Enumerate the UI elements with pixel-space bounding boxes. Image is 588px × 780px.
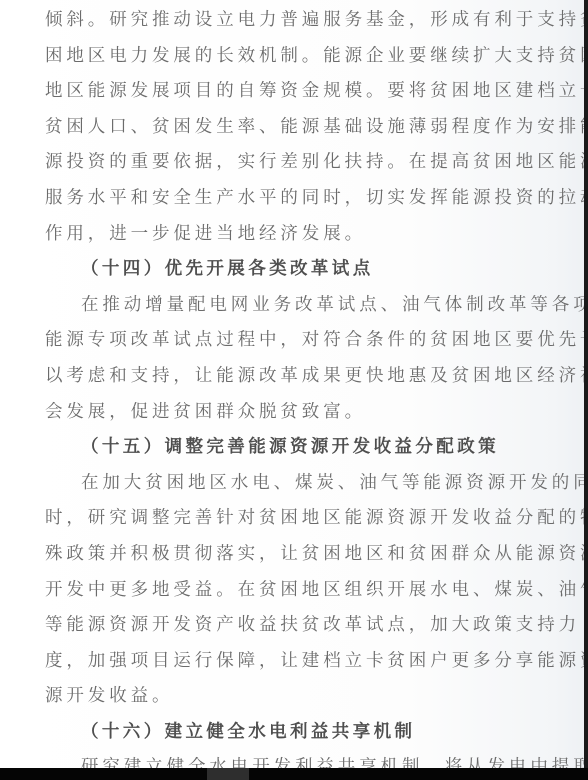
text-line: 服务水平和安全生产水平的同时，切实发挥能源投资的拉动 [45, 181, 451, 217]
section-heading-15: （十五）调整完善能源资源开发收益分配政策 [45, 430, 451, 466]
text-line: 时，研究调整完善针对贫困地区能源资源开发收益分配的特 [45, 501, 451, 537]
text-line: 度，加强项目运行保障，让建档立卡贫困户更多分享能源资 [45, 644, 451, 680]
page-right-edge [584, 0, 588, 780]
text-line: 能源专项改革试点过程中，对符合条件的贫困地区要优先予 [45, 323, 451, 359]
bottom-edge-bar [0, 768, 588, 780]
document-body: 倾斜。研究推动设立电力普遍服务基金，形成有利于支持贫 困地区电力发展的长效机制。… [45, 3, 451, 768]
text-line: 以考虑和支持，让能源改革成果更快地惠及贫困地区经济社 [45, 359, 451, 395]
text-line: 会发展，促进贫困群众脱贫致富。 [45, 395, 451, 431]
text-line: 等能源资源开发资产收益扶贫改革试点，加大政策支持力 [45, 608, 451, 644]
bottom-bar-segment [207, 768, 249, 780]
text-line: 开发中更多地受益。在贫困地区组织开展水电、煤炭、油气 [45, 573, 451, 609]
text-line: 研究建立健全水电开发利益共享机制，将从发电中提取 [45, 750, 451, 768]
paragraph-revenue-distribution: 在加大贫困地区水电、煤炭、油气等能源资源开发的同 时，研究调整完善针对贫困地区能… [45, 466, 451, 715]
text-line: 地区能源发展项目的自筹资金规模。要将贫困地区建档立卡 [45, 74, 451, 110]
text-line: 困地区电力发展的长效机制。能源企业要继续扩大支持贫困 [45, 39, 451, 75]
text-line: 源开发收益。 [45, 679, 451, 715]
text-line: 贫困人口、贫困发生率、能源基础设施薄弱程度作为安排能 [45, 110, 451, 146]
paragraph-reform-pilots: 在推动增量配电网业务改革试点、油气体制改革等各项 能源专项改革试点过程中，对符合… [45, 288, 451, 430]
document-page: 倾斜。研究推动设立电力普遍服务基金，形成有利于支持贫 困地区电力发展的长效机制。… [0, 0, 584, 768]
text-line: 倾斜。研究推动设立电力普遍服务基金，形成有利于支持贫 [45, 3, 451, 39]
section-heading-16: （十六）建立健全水电利益共享机制 [45, 715, 451, 751]
text-line: 在加大贫困地区水电、煤炭、油气等能源资源开发的同 [45, 466, 451, 502]
section-heading-14: （十四）优先开展各类改革试点 [45, 252, 451, 288]
text-line: 在推动增量配电网业务改革试点、油气体制改革等各项 [45, 288, 451, 324]
paragraph-energy-investment: 倾斜。研究推动设立电力普遍服务基金，形成有利于支持贫 困地区电力发展的长效机制。… [45, 3, 451, 252]
paragraph-hydropower-sharing: 研究建立健全水电开发利益共享机制，将从发电中提取 [45, 750, 451, 768]
text-line: 源投资的重要依据，实行差别化扶持。在提高贫困地区能源 [45, 145, 451, 181]
text-line: 殊政策并积极贯彻落实，让贫困地区和贫困群众从能源资源 [45, 537, 451, 573]
text-line: 作用，进一步促进当地经济发展。 [45, 217, 451, 253]
